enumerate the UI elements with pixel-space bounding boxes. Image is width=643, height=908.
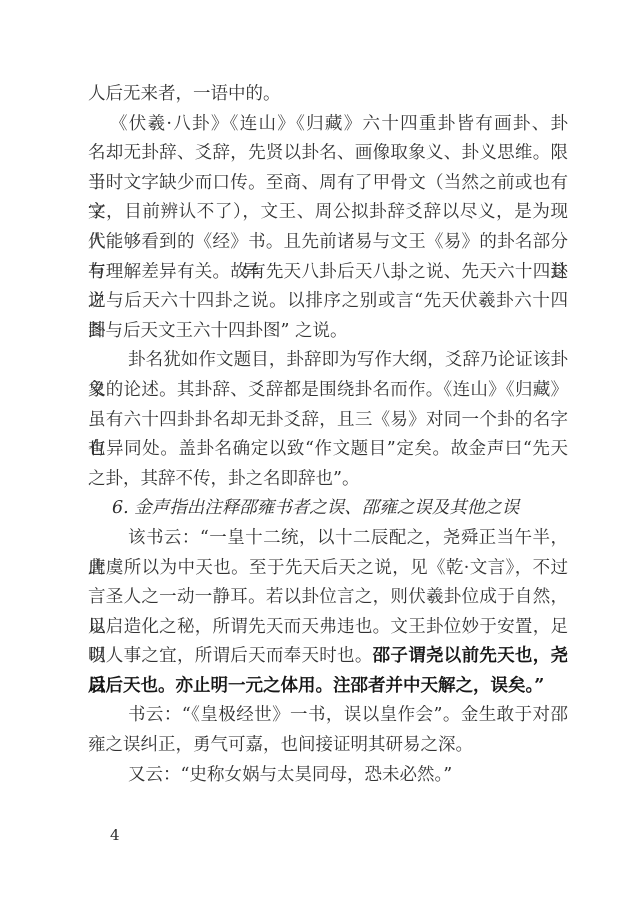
- text-line: 人能够看到的《经》书。且先前诸易与文王《易》的卦名部分有异，这: [88, 228, 568, 258]
- text-segment: 人后无来者，一语中的。: [88, 84, 281, 104]
- text-segment: 图与后天文王六十四卦图” 之说。: [88, 321, 348, 341]
- text-line: 人后无来者，一语中的。: [88, 80, 568, 110]
- text-line: 雍之误纠正，勇气可嘉，也间接证明其研易之深。: [88, 731, 568, 761]
- text-line: 虽有六十四卦卦名却无卦爻辞，且三《易》对同一个卦的名字也: [88, 406, 568, 436]
- text-segment: 雍之误纠正，勇气可嘉，也间接证明其研易之深。: [88, 735, 473, 755]
- text-line: 该书云：“一皇十二统，以十二辰配之，尧舜正当午半，此: [88, 524, 568, 554]
- text-line: 有异同处。盖卦名确定以致“作文题目”定矣。故金声曰“先天: [88, 435, 568, 465]
- text-line: 字，目前辨认不了），文王、周公拟卦辞爻辞以尽义，是为现代: [88, 198, 568, 228]
- section-heading: 6. 金声指出注释邵雍书者之误、邵雍之误及其他之误: [88, 494, 568, 524]
- text-line: 书云：“《皇极经世》一书，误以皇作会”。金生敢于对邵: [88, 701, 568, 731]
- text-segment: 书云：“《皇极经世》一书，误以皇作会”。金生敢于对邵: [128, 705, 568, 725]
- bold-text-segment: 后后天也。亦止明一元之体用。注邵者并中天解之，误矣。”: [88, 676, 544, 696]
- text-line: 说与后天六十四卦之说。以排序之别或言“先天伏羲卦六十四 卦: [88, 287, 568, 317]
- text-segment: 《伏羲·八卦》《连山》《归藏》六十四重卦皆有画卦、卦: [110, 114, 568, 134]
- text-line: 言圣人之一动一静耳。若以卦位言之，则伏羲卦位成于自然，足: [88, 583, 568, 613]
- text-segment: 有异同处。盖卦名确定以致“作文题目”定矣。故金声曰“先天: [88, 439, 568, 459]
- text-line: 《伏羲·八卦》《连山》《归藏》六十四重卦皆有画卦、卦: [88, 110, 568, 140]
- text-segment: 之卦，其辞不传，卦之名即辞也”。: [88, 469, 359, 489]
- text-segment: 义的论述。其卦辞、爻辞都是围绕卦名而作。《连山》《归藏》: [88, 380, 568, 400]
- text-line: 唐虞所以为中天也。至于先天后天之说，见《乾·文言》，不过: [88, 554, 568, 584]
- text-segment: 明人事之宜，所谓后天而奉天时也。: [88, 646, 373, 666]
- text-segment: 又云：“史称女娲与太昊同母，恐未必然。”: [128, 765, 452, 785]
- page-number: 4: [110, 826, 120, 844]
- text-line: 图与后天文王六十四卦图” 之说。: [88, 317, 568, 347]
- text-line: 当时文字缺少而口传。至商、周有了甲骨文（当然之前或也有文: [88, 169, 568, 199]
- text-block: 人后无来者，一语中的。《伏羲·八卦》《连山》《归藏》六十四重卦皆有画卦、卦名却无…: [88, 80, 568, 790]
- text-line: 名却无卦辞、爻辞，先贤以卦名、画像取象义、卦义思维。限于: [88, 139, 568, 169]
- text-segment: 6. 金声指出注释邵雍书者之误、邵雍之误及其他之误: [112, 498, 519, 518]
- text-line: 与理解差异有关。故有先天八卦后天八卦之说、先天六十四卦 之: [88, 258, 568, 288]
- text-line: 义的论述。其卦辞、爻辞都是围绕卦名而作。《连山》《归藏》: [88, 376, 568, 406]
- text-line: 以启造化之秘，所谓先天而天弗违也。文王卦位妙于安置，足以: [88, 613, 568, 643]
- text-line: 卦名犹如作文题目，卦辞即为写作大纲，爻辞乃论证该卦象: [88, 346, 568, 376]
- text-segment: 唐虞所以为中天也。至于先天后天之说，见《乾·文言》，不过: [88, 558, 568, 578]
- text-line: 又云：“史称女娲与太昊同母，恐未必然。”: [88, 761, 568, 791]
- scanned-document-page: 人后无来者，一语中的。《伏羲·八卦》《连山》《归藏》六十四重卦皆有画卦、卦名却无…: [0, 0, 643, 908]
- text-line: 之卦，其辞不传，卦之名即辞也”。: [88, 465, 568, 495]
- text-line: 明人事之宜，所谓后天而奉天时也。邵子谓尧以前先天也，尧以: [88, 642, 568, 672]
- text-line: 后后天也。亦止明一元之体用。注邵者并中天解之，误矣。”: [88, 672, 568, 702]
